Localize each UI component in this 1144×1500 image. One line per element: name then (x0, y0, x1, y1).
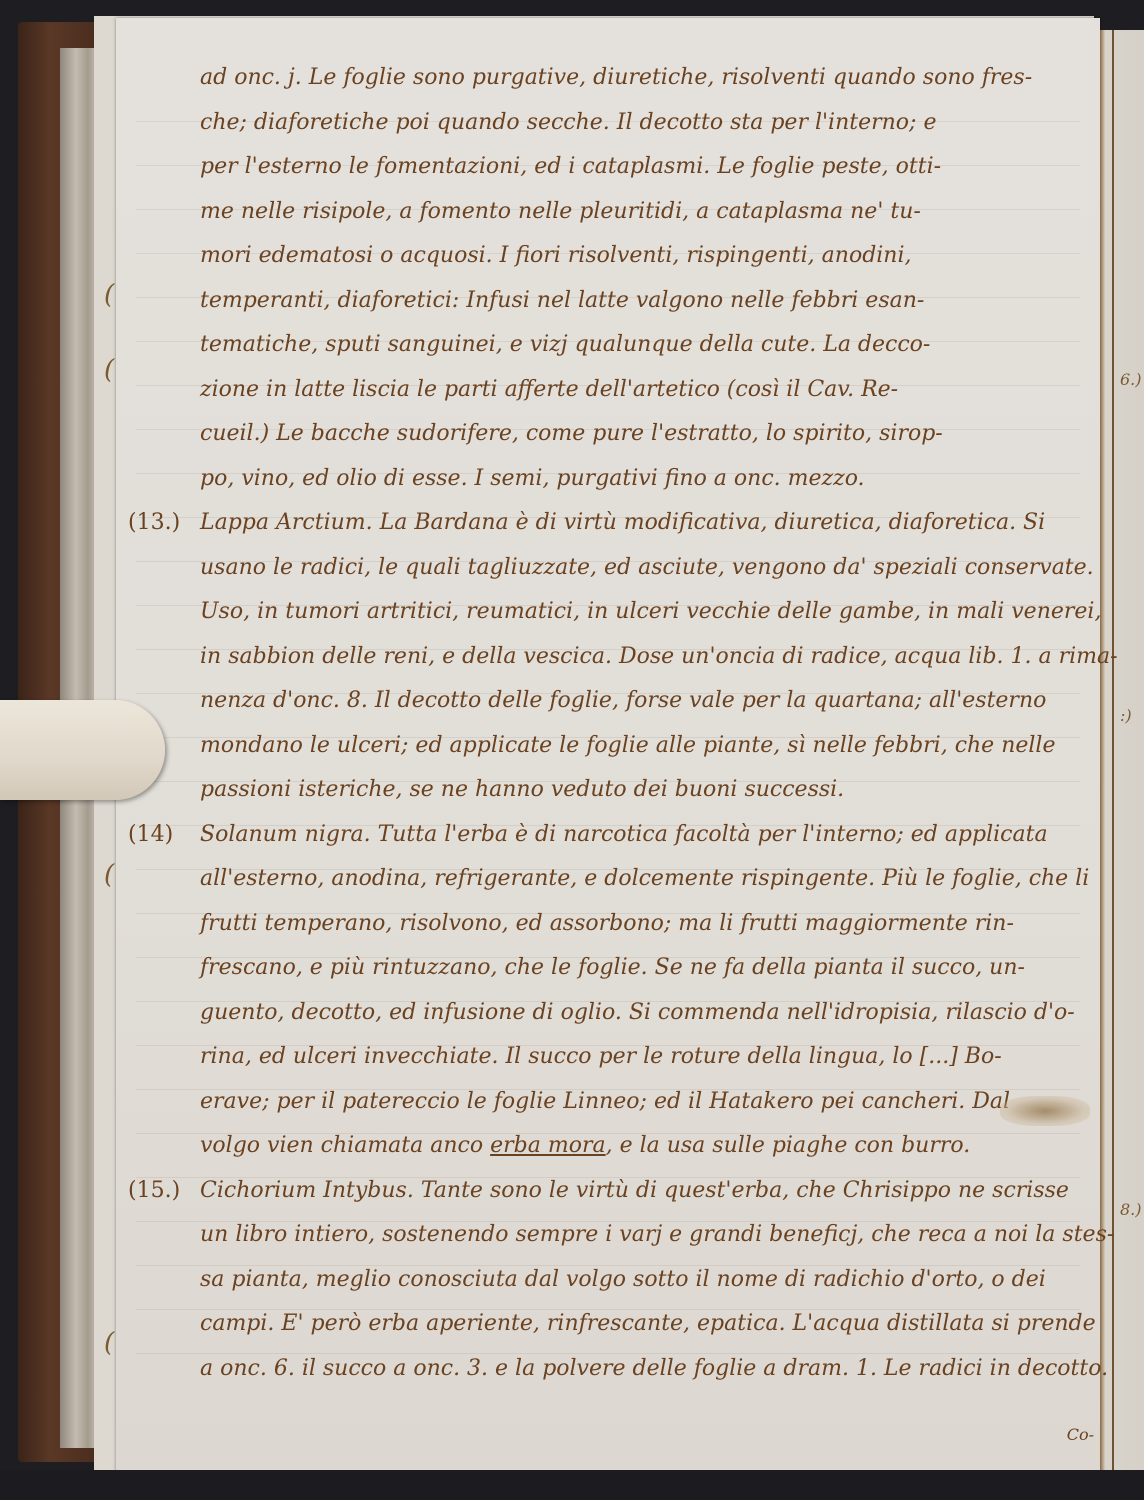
text-line: in sabbion delle reni, e della vescica. … (200, 635, 1100, 680)
text-line: volgo vien chiamata anco erba mora, e la… (200, 1124, 1100, 1169)
entry-number: (13.) (128, 501, 180, 546)
text-line: frutti temperano, risolvono, ed assorbon… (200, 902, 1100, 947)
text-line: erave; per il patereccio le foglie Linne… (200, 1080, 1100, 1125)
text-line: usano le radici, le quali tagliuzzate, e… (200, 546, 1100, 591)
adjacent-page-note: :) (1120, 706, 1132, 725)
text-line: tematiche, sputi sanguinei, e vizj qualu… (200, 323, 1100, 368)
margin-bracket-mark: ( (104, 1328, 114, 1358)
text-line: all'esterno, anodina, refrigerante, e do… (200, 857, 1100, 902)
margin-bracket-mark: ( (104, 280, 114, 310)
text-line: che; diaforetiche poi quando secche. Il … (200, 101, 1100, 146)
catchword: Co- (1067, 1425, 1094, 1444)
text-line: un libro intiero, sostenendo sempre i va… (200, 1213, 1100, 1258)
paper-stain (1000, 1096, 1090, 1126)
text-line: temperanti, diaforetici: Infusi nel latt… (200, 279, 1100, 324)
gutter-line (1112, 30, 1114, 1500)
text-line: cueil.) Le bacche sudorifere, come pure … (200, 412, 1100, 457)
adjacent-page-note: 6.) (1120, 370, 1142, 389)
margin-bracket-mark: ( (104, 860, 114, 890)
text-line: nenza d'onc. 8. Il decotto delle foglie,… (200, 679, 1100, 724)
text-line: rina, ed ulceri invecchiate. Il succo pe… (200, 1035, 1100, 1080)
text-line: campi. E' però erba aperiente, rinfresca… (200, 1302, 1100, 1347)
entry-number: (15.) (128, 1169, 180, 1214)
entry-13-heading: (13.)Lappa Arctium. La Bardana è di virt… (200, 501, 1100, 546)
text-line: Uso, in tumori artritici, reumatici, in … (200, 590, 1100, 635)
text-line: po, vino, ed olio di esse. I semi, purga… (200, 457, 1100, 502)
text-line: ad onc. j. Le foglie sono purgative, diu… (200, 56, 1100, 101)
bone-page-holder (0, 700, 165, 800)
text-line: per l'esterno le fomentazioni, ed i cata… (200, 145, 1100, 190)
text-line: guento, decotto, ed infusione di oglio. … (200, 991, 1100, 1036)
underlined-common-name: erba mora (490, 1133, 605, 1158)
background-bottom (0, 1470, 1144, 1500)
entry-number: (14) (128, 813, 173, 858)
manuscript-text: ad onc. j. Le foglie sono purgative, diu… (200, 56, 1100, 1391)
entry-15-heading: (15.)Cichorium Intybus. Tante sono le vi… (200, 1169, 1100, 1214)
adjacent-page-note: 8.) (1120, 1200, 1142, 1219)
text-line: a onc. 6. il succo a onc. 3. e la polver… (200, 1347, 1100, 1392)
text-line: me nelle risipole, a fomento nelle pleur… (200, 190, 1100, 235)
entry-14-heading: (14)Solanum nigra. Tutta l'erba è di nar… (200, 813, 1100, 858)
margin-bracket-mark: ( (104, 355, 114, 385)
text-line: mondano le ulceri; ed applicate le fogli… (200, 724, 1100, 769)
text-line: passioni isteriche, se ne hanno veduto d… (200, 768, 1100, 813)
text-line: zione in latte liscia le parti afferte d… (200, 368, 1100, 413)
text-line: mori edematosi o acquosi. I fiori risolv… (200, 234, 1100, 279)
text-line: frescano, e più rintuzzano, che le fogli… (200, 946, 1100, 991)
adjacent-page-edge (1100, 30, 1144, 1500)
text-line: sa pianta, meglio conosciuta dal volgo s… (200, 1258, 1100, 1303)
